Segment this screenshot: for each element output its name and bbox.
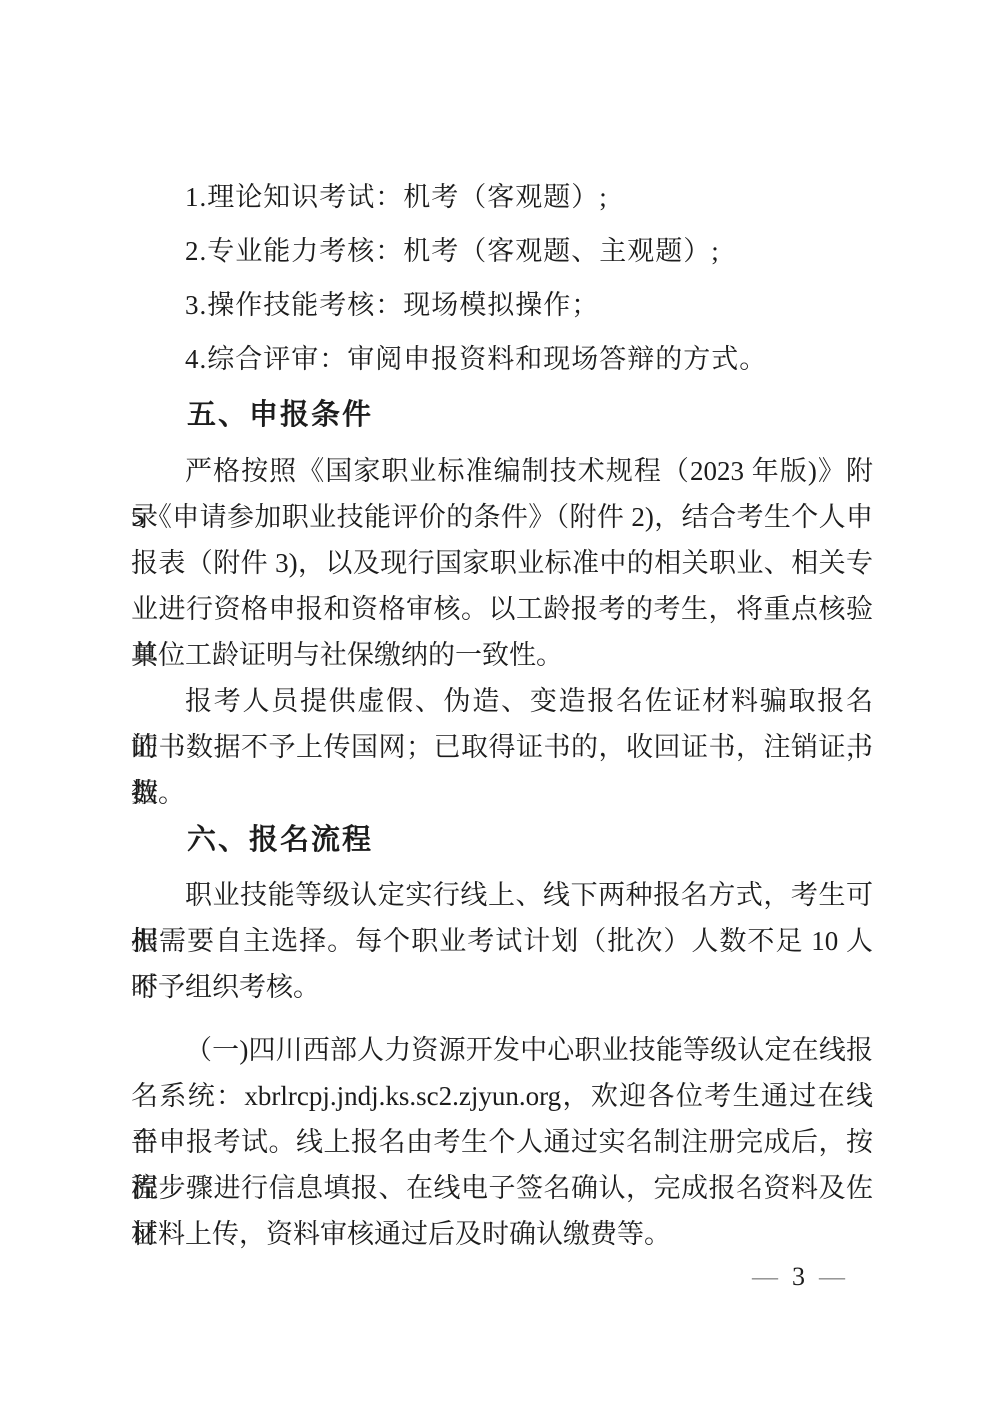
section-5-heading: 五、申报条件 (131, 399, 873, 431)
paragraph-line: 报表（附件 3)，以及现行国家职业标准中的相关职业、相关专 (131, 540, 873, 586)
paragraph-line: 5《申请参加职业技能评价的条件》（附件 2)，结合考生个人申 (131, 494, 873, 540)
paragraph-line: 程步骤进行信息填报、在线电子签名确认，完成报名资料及佐证 (131, 1165, 873, 1211)
paragraph-line: 材料上传，资料审核通过后及时确认缴费等。 (131, 1211, 873, 1257)
page-number-right-dash: — (819, 1262, 845, 1292)
paragraph-line: 严格按照《国家职业标准编制技术规程（2023 年版)》附录 (131, 448, 873, 494)
section-6-paragraph-1: 职业技能等级认定实行线上、线下两种报名方式，考生可根 据需要自主选择。每个职业考… (131, 872, 873, 1010)
exam-item-3: 3.操作技能考核：现场模拟操作； (131, 291, 873, 319)
paragraph-line: 证书数据不予上传国网；已取得证书的，收回证书，注销证书数 (131, 724, 873, 770)
paragraph-line: 不予组织考核。 (131, 964, 873, 1010)
document-page: 1.理论知识考试：机考（客观题）; 2.专业能力考核：机考（客观题、主观题）; … (0, 0, 993, 1404)
document-body: 1.理论知识考试：机考（客观题）; 2.专业能力考核：机考（客观题、主观题）; … (131, 183, 873, 1257)
section-5-paragraph-2: 报考人员提供虚假、伪造、变造报名佐证材料骗取报名的， 证书数据不予上传国网；已取… (131, 678, 873, 816)
exam-item-4: 4.综合评审：审阅申报资料和现场答辩的方式。 (131, 345, 873, 373)
exam-item-2: 2.专业能力考核：机考（客观题、主观题）; (131, 237, 873, 265)
section-6-paragraph-2: （一)四川西部人力资源开发中心职业技能等级认定在线报 名系统：xbrlrcpj.… (131, 1027, 873, 1257)
paragraph-line: 职业技能等级认定实行线上、线下两种报名方式，考生可根 (131, 872, 873, 918)
page-number-left-dash: — (752, 1262, 778, 1292)
paragraph-line: （一)四川西部人力资源开发中心职业技能等级认定在线报 (131, 1027, 873, 1073)
section-6-heading: 六、报名流程 (131, 824, 873, 856)
paragraph-line: 单位工龄证明与社保缴纳的一致性。 (131, 632, 873, 678)
paragraph-line: 报考人员提供虚假、伪造、变造报名佐证材料骗取报名的， (131, 678, 873, 724)
paragraph-line: 名系统：xbrlrcpj.jndj.ks.sc2.zjyun.org，欢迎各位考… (131, 1073, 873, 1119)
paragraph-line: 据需要自主选择。每个职业考试计划（批次）人数不足 10 人时 (131, 918, 873, 964)
page-number-value: 3 (792, 1262, 805, 1292)
section-5-paragraph-1: 严格按照《国家职业标准编制技术规程（2023 年版)》附录 5《申请参加职业技能… (131, 448, 873, 678)
exam-item-1: 1.理论知识考试：机考（客观题）; (131, 183, 873, 211)
paragraph-line: 台申报考试。线上报名由考生个人通过实名制注册完成后，按流 (131, 1119, 873, 1165)
paragraph-line: 业进行资格申报和资格审核。以工龄报考的考生，将重点核验其 (131, 586, 873, 632)
page-number: — 3 — (752, 1262, 845, 1292)
paragraph-line: 据。 (131, 770, 873, 816)
